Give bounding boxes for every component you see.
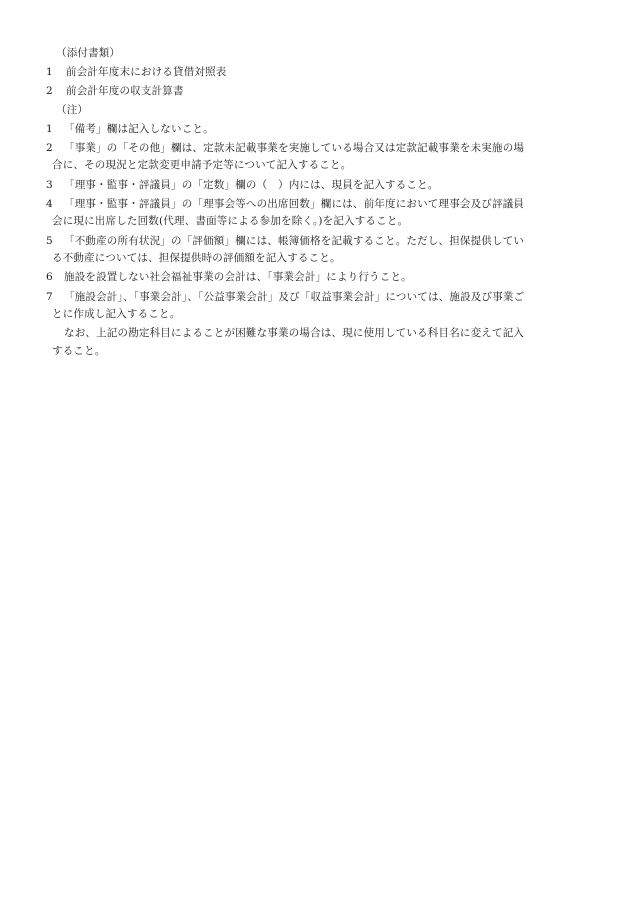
note-text-continued: とに作成し記入すること。: [52, 307, 180, 321]
note-text: 「備考」欄は記入しないこと。: [64, 122, 214, 136]
note-text: 「施設会計」、「事業会計」、「公益事業会計」及び「収益事業会計」については、施設…: [64, 290, 524, 304]
note-number: 6: [46, 270, 53, 284]
attachment-item: 前会計年度末における貸借対照表: [66, 65, 227, 79]
note-text-continued: 会に現に出席した回数(代理、書面等による参加を除く。)を記入すること。: [52, 214, 408, 228]
note-text-paragraph: なお、上記の勘定科目によることが困難な事業の場合は、現に使用している科目名に変え…: [64, 326, 524, 340]
note-text: 「理事・監事・評議員」の「定数」欄の（ ）内には、現員を記入すること。: [64, 178, 439, 192]
note-text: 「理事・監事・評議員」の「理事会等への出席回数」欄には、前年度において理事会及び…: [64, 197, 524, 211]
note-number: 1: [46, 122, 53, 136]
note-text: 施設を設置しない社会福祉事業の会計は、「事業会計」により行うこと。: [64, 270, 412, 284]
note-number: 5: [46, 234, 53, 248]
note-number: 4: [46, 197, 53, 211]
attachment-number: 2: [46, 84, 53, 98]
note-text-continued: る不動産については、担保提供時の評価額を記入すること。: [52, 251, 341, 265]
note-text: 「不動産の所有状況」の「評価額」欄には、帳簿価格を記載すること。ただし、担保提供…: [64, 234, 524, 248]
note-text: 「事業」の「その他」欄は、定款未記載事業を実施している場合又は定款記載事業を未実…: [64, 141, 524, 155]
notes-heading: （注）: [56, 103, 88, 117]
note-text-continued: 合に、その現況と定款変更申請予定等について記入すること。: [52, 158, 351, 172]
note-number: 7: [46, 290, 53, 304]
attachment-item: 前会計年度の収支計算書: [66, 84, 184, 98]
note-text-continued: すること。: [52, 344, 106, 358]
attachments-heading: （添付書類）: [56, 46, 120, 60]
attachment-number: 1: [46, 65, 53, 79]
note-number: 3: [46, 178, 53, 192]
note-number: 2: [46, 141, 53, 155]
